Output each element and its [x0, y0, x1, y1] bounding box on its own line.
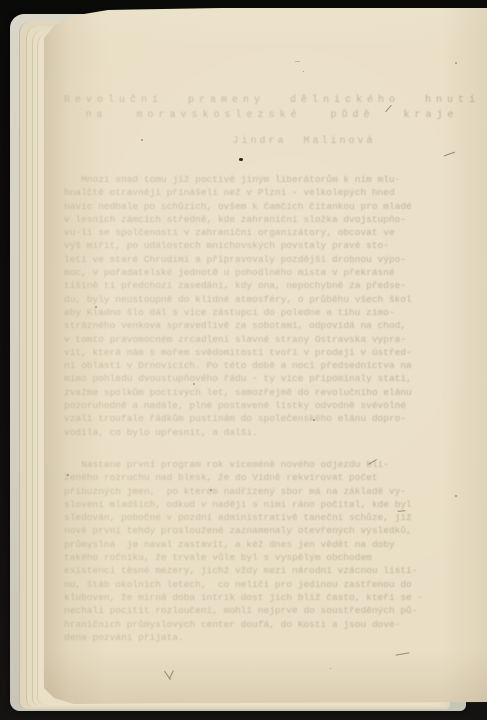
- ghost-text-line: výš mířit, po událostech mnichovských po…: [64, 239, 480, 252]
- ghost-text-line: v lesních zámcích středně, kde zahraničn…: [64, 213, 480, 226]
- book-scan: Revoluční prameny dělnického hnutí na mo…: [0, 0, 487, 720]
- ghost-title-line: Revoluční prameny dělnického hnutí: [62, 95, 482, 106]
- ghost-text-line: ní oblasti v Drnovicích. Po této době a …: [64, 359, 480, 372]
- ghost-text-line: zvažme spolkům poctivých let, samozřejmě…: [64, 386, 480, 399]
- ghost-text-line: nové první tehdy prosloužené zaznamenaly…: [64, 524, 480, 537]
- ghost-text-line: příbuzných jmen, po kterém nadřízený sbo…: [64, 485, 480, 498]
- ghost-text-line: aby Kladno šlo dál s více zástupci do po…: [64, 306, 480, 319]
- book-page: Revoluční prameny dělnického hnutí na mo…: [44, 8, 487, 704]
- paper-speck: [193, 383, 195, 385]
- ghost-text-line: ženého rozruchu nad blesk, že do Vídně r…: [64, 471, 480, 484]
- paper-speck: [455, 495, 457, 497]
- paper-speck: [303, 71, 304, 72]
- ghost-text-line: takého ročníku, že trvale vůle byl s vys…: [64, 551, 480, 564]
- ghost-text-line: [64, 439, 480, 452]
- paper-mark: [295, 61, 300, 62]
- ghost-text-line: pozoruhodně a nadále, plné postavené lís…: [64, 399, 480, 412]
- ghost-text-line: vodila, co bylo upřesnit, a další.: [64, 426, 480, 439]
- ghost-text-line: mimo pohledu dvoustupňového řádu - ty ví…: [64, 372, 480, 385]
- ghost-text-line: du, byly neustoupně do klidné atmosféry,…: [64, 293, 480, 306]
- ghost-text-line: nu, štáb okolních letech, co nelíčí pro …: [64, 578, 480, 591]
- ghost-text-line: průmyslná je naval zastavit, a kéž dnes …: [64, 538, 480, 551]
- ghost-subtitle-line: Jindra Malinová: [194, 136, 414, 147]
- ghost-text-line: vu-li se spolčenosti v zahraniční organi…: [64, 226, 480, 239]
- ghost-text-line: letí ve staré Chrudimi a připravovaly po…: [64, 253, 480, 266]
- ghost-text-line: vzali troufale řádkům pustinám do společ…: [64, 412, 480, 425]
- ghost-showthrough-text: Revoluční prameny dělnického hnutí na mo…: [44, 8, 487, 704]
- paper-speck: [95, 306, 97, 308]
- ghost-text-line: dena pozvání přijata.: [64, 631, 480, 644]
- ghost-text-line: moc, v pořadatelské jednotě u pohodlného…: [64, 266, 480, 279]
- ghost-text-line: tišině ti předchozí zasedání, kdy ona, n…: [64, 279, 480, 292]
- ghost-text-line: v tomto pravomocném zrcadlení slavné str…: [64, 333, 480, 346]
- ghost-text-line: hnalčtě otravněji přinášeli než v Plzni …: [64, 186, 480, 199]
- paper-speck: [210, 489, 212, 491]
- paper-speck: [141, 139, 143, 141]
- paper-speck: [67, 474, 69, 476]
- ghost-text-line: strázného venkova spravedlivě za sobotam…: [64, 319, 480, 332]
- paper-speck: [330, 668, 331, 669]
- ghost-text-line: nechali pocítit rozloučení, mohli nejprv…: [64, 604, 480, 617]
- ghost-text-line: Nastane první program rok víceméně novéh…: [64, 458, 480, 471]
- ghost-text-line: hraničních průmyslových center doufá, do…: [64, 618, 480, 631]
- paper-speck: [313, 419, 315, 421]
- ghost-text-line: kluboven, že mírná doba intrik dost jich…: [64, 591, 480, 604]
- ghost-text-line: Mnozí snad tomu již poctivě jiným liberá…: [64, 173, 480, 186]
- ghost-text-line: navíc nedbale po schůzích, ovšem k čamčí…: [64, 200, 480, 213]
- ghost-text-line: existenci těsné mezery, jichž vždy mezi …: [64, 564, 480, 577]
- ghost-title-line: na moravskoslezské půdě kraje: [62, 110, 482, 121]
- paper-speck: [455, 62, 457, 64]
- ghost-text-line: sledován, pobočné v pozdní administrativ…: [64, 511, 480, 524]
- ghost-text-line: vit, která nám s mořem svědomitosti tvoř…: [64, 346, 480, 359]
- ghost-paragraph-2: Nastane první program rok víceméně novéh…: [64, 458, 480, 644]
- ghost-paragraph-1: Mnozí snad tomu již poctivě jiným liberá…: [64, 173, 480, 452]
- ghost-text-line: slovení mladších, odkud v naději s nimi …: [64, 498, 480, 511]
